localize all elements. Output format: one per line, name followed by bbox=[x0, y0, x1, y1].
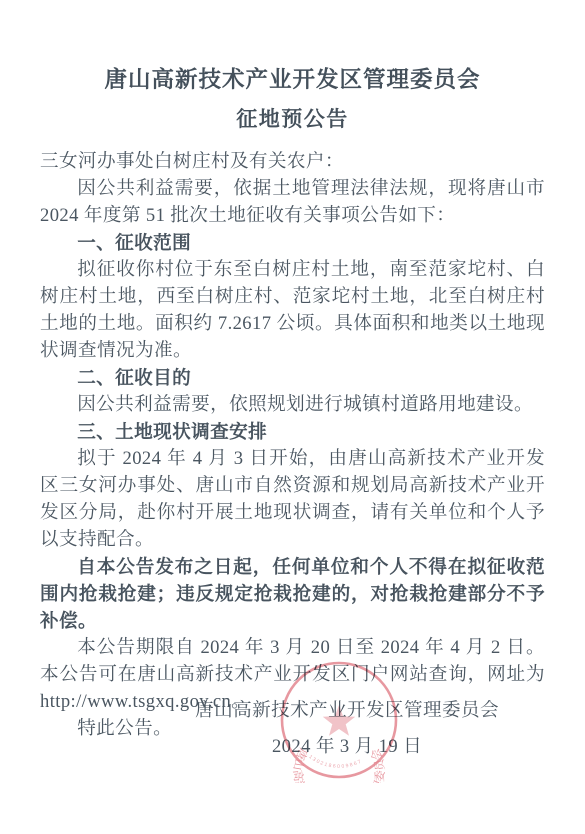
signature-block: 唐山高新技术产业开发区管理委员会 2024 年 3 月 19 日 bbox=[195, 697, 499, 760]
notice-body: 三女河办事处白树庄村及有关农户： 因公共利益需要，依据土地管理法律法规，现将唐山… bbox=[40, 148, 545, 742]
section-heading-3: 三、土地现状调查安排 bbox=[40, 418, 545, 445]
paragraph-warning: 自本公告发布之日起，任何单位和个人不得在拟征收范围内抢栽抢建；违反规定抢栽抢建的… bbox=[40, 553, 545, 634]
paragraph-intro: 因公共利益需要，依据土地管理法律法规，现将唐山市 2024 年度第 51 批次土… bbox=[40, 175, 545, 229]
signature-date: 2024 年 3 月 19 日 bbox=[195, 733, 499, 760]
section-heading-2: 二、征收目的 bbox=[40, 364, 545, 391]
signature-org: 唐山高新技术产业开发区管理委员会 bbox=[195, 697, 499, 724]
paragraph-purpose: 因公共利益需要，依照规划进行城镇村道路用地建设。 bbox=[40, 391, 545, 418]
page-title: 唐山高新技术产业开发区管理委员会 bbox=[40, 62, 545, 94]
section-heading-1: 一、征收范围 bbox=[40, 229, 545, 256]
notice-content: 唐山高新技术产业开发区管理委员会 征地预公告 三女河办事处白树庄村及有关农户： … bbox=[0, 0, 585, 742]
paragraph-scope: 拟征收你村位于东至白树庄村土地，南至范家坨村、白树庄村土地，西至白树庄村、范家坨… bbox=[40, 256, 545, 364]
paragraph-survey: 拟于 2024 年 4 月 3 日开始，由唐山高新技术产业开发区三女河办事处、唐… bbox=[40, 445, 545, 553]
notice-page: 唐山高新技术产业开发区管理委员会 征地预公告 三女河办事处白树庄村及有关农户： … bbox=[0, 0, 585, 834]
salutation: 三女河办事处白树庄村及有关农户： bbox=[40, 148, 545, 175]
page-subtitle: 征地预公告 bbox=[40, 103, 545, 133]
